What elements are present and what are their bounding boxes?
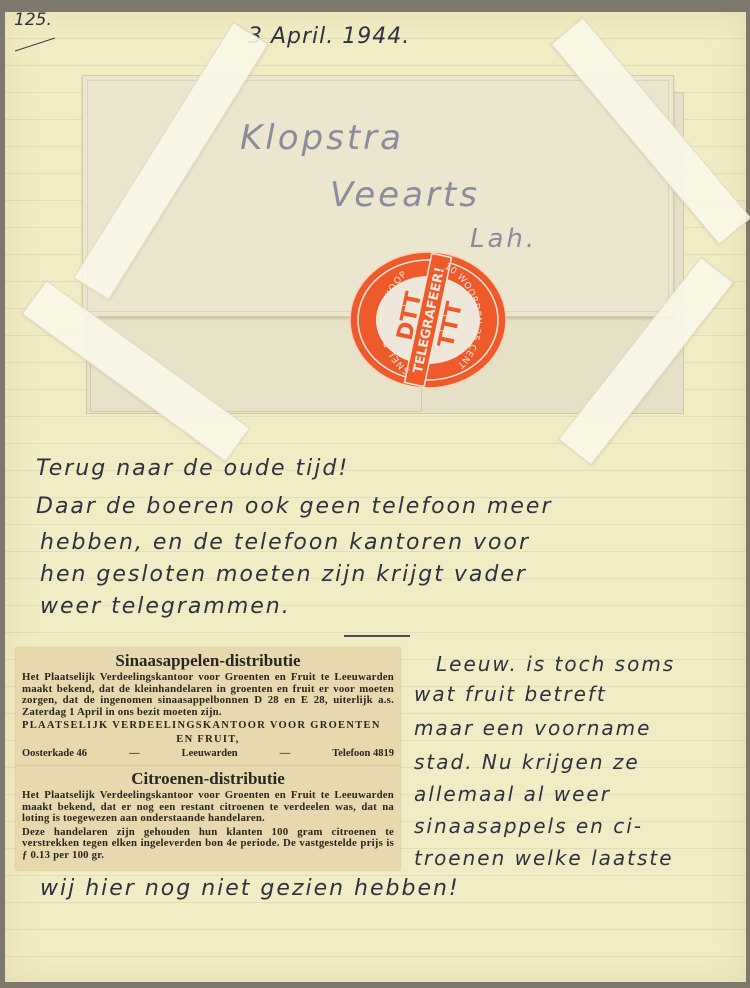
envelope-address-title: Veearts <box>330 175 480 215</box>
section-divider <box>344 635 410 637</box>
side-note-line-5: allemaal al weer <box>414 782 611 806</box>
entry-line-2: Daar de boeren ook geen telefoon meer <box>36 494 553 519</box>
side-note-line-3: maar een voorname <box>414 716 651 740</box>
entry-line-1: Terug naar de oude tijd! <box>36 456 349 481</box>
clipping-body: Het Plaatselijk Verdeelingskantoor voor … <box>16 788 400 825</box>
clipping-dash: — <box>280 748 291 759</box>
side-note-line-4: stad. Nu krijgen ze <box>414 750 640 774</box>
closing-line: wij hier nog niet gezien hebben! <box>40 876 460 901</box>
newspaper-clipping-oranges: Sinaasappelen-distributie Het Plaatselij… <box>16 648 400 767</box>
clipping-body: Het Plaatselijk Verdeelingskantoor voor … <box>16 670 400 718</box>
entry-line-4: hen gesloten moeten zijn krijgt vader <box>40 562 527 587</box>
entry-date: 3 April. 1944. <box>248 24 410 49</box>
clipping-phone: Telefoon 4819 <box>332 748 394 759</box>
entry-line-3: hebben, en de telefoon kantoren voor <box>40 530 530 555</box>
newspaper-clipping-lemons: Citroenen-distributie Het Plaatselijk Ve… <box>16 766 400 870</box>
clipping-dash: — <box>129 748 140 759</box>
telegram-seal-icon: TELEGRAFEER! DTT TTT SNEL EN GOEDKOOP 10… <box>348 250 508 390</box>
clipping-address: Oosterkade 46 <box>22 748 87 759</box>
side-note-line-6: sinaasappels en ci- <box>414 814 643 838</box>
clipping-title: Citroenen-distributie <box>16 770 400 788</box>
clipping-signature-cont: EN FRUIT, <box>16 732 400 746</box>
page-number: 125. <box>14 10 52 30</box>
entry-line-5: weer telegrammen. <box>40 594 291 619</box>
clipping-footer: Oosterkade 46 — Leeuwarden — Telefoon 48… <box>16 746 400 759</box>
clipping-signature: PLAATSELIJK VERDEELINGSKANTOOR VOOR GROE… <box>16 718 400 732</box>
side-note-line-2: wat fruit betreft <box>414 682 607 706</box>
side-note-line-1: Leeuw. is toch soms <box>436 652 675 676</box>
side-note-line-7: troenen welke laatste <box>414 846 674 870</box>
clipping-city: Leeuwarden <box>182 748 238 759</box>
envelope-address-name: Klopstra <box>240 118 404 158</box>
clipping-body-cont: Deze handelaren zijn gehouden hun klante… <box>16 825 400 862</box>
clipping-title: Sinaasappelen-distributie <box>16 652 400 670</box>
